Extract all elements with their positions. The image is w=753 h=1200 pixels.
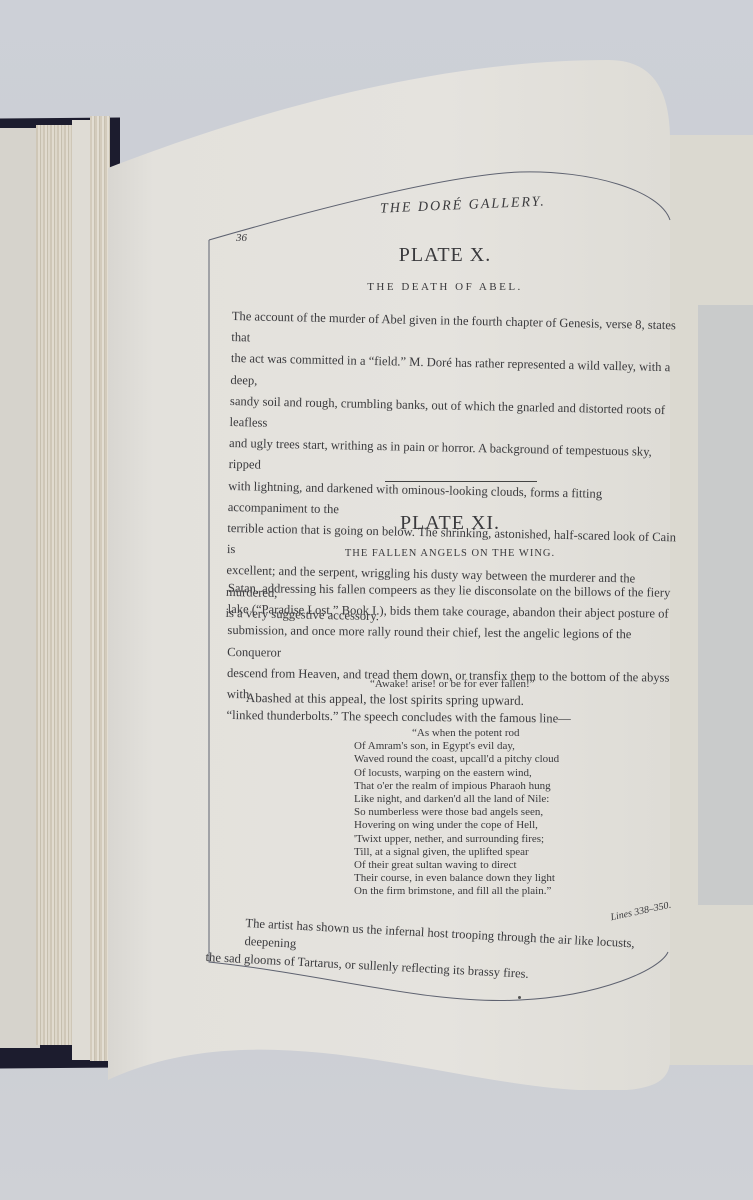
verse-line: On the firm brimstone, and fill all the … bbox=[354, 885, 559, 898]
verse-line: Their course, in even balance down they … bbox=[354, 872, 559, 885]
page-number: 36 bbox=[236, 232, 247, 244]
verse-line: “As when the potent rod bbox=[354, 727, 559, 740]
verse-line: So numberless were those bad angels seen… bbox=[354, 806, 559, 819]
verse-line: Of their great sultan waving to direct bbox=[354, 859, 559, 872]
milton-verse: “As when the potent rod Of Amram's son, … bbox=[354, 727, 559, 899]
verse-line: Hovering on wing under the cope of Hell, bbox=[354, 819, 559, 832]
abashed-line: Abashed at this appeal, the lost spirits… bbox=[246, 690, 524, 709]
verse-line: Like night, and darken'd all the land of… bbox=[354, 793, 559, 806]
plate-x-subtitle: THE DEATH OF ABEL. bbox=[230, 281, 660, 293]
verse-line: Of Amram's son, in Egypt's evil day, bbox=[354, 740, 559, 753]
verse-line: Waved round the coast, upcall'd a pitchy… bbox=[354, 753, 559, 766]
famous-line-quote: “Awake! arise! or be for ever fallen!” bbox=[370, 678, 535, 690]
verse-line: That o'er the realm of impious Pharaoh h… bbox=[354, 780, 559, 793]
verse-line: 'Twixt upper, nether, and surrounding fi… bbox=[354, 833, 559, 846]
verse-line: Of locusts, warping on the eastern wind, bbox=[354, 767, 559, 780]
verse-line: Till, at a signal given, the uplifted sp… bbox=[354, 846, 559, 859]
plate-x-title: PLATE X. bbox=[230, 244, 660, 267]
plate-xi-title: PLATE XI. bbox=[230, 512, 670, 535]
text-line: submission, and once more rally round th… bbox=[227, 620, 682, 667]
signature-mark bbox=[518, 996, 521, 999]
section-divider bbox=[385, 481, 537, 482]
plate-xi-subtitle: THE FALLEN ANGELS ON THE WING. bbox=[230, 548, 670, 559]
